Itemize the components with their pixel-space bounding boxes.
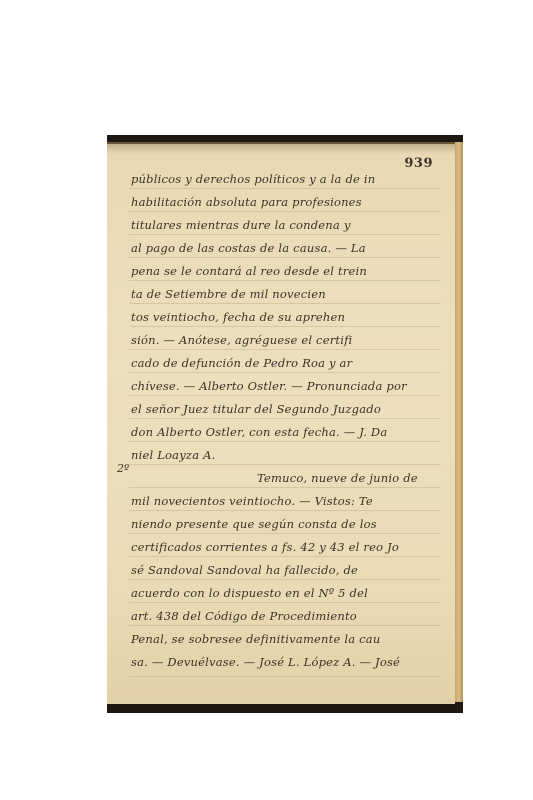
ruled-line [129,211,441,212]
ruled-line [129,280,441,281]
text-line: sa. — Devuélvase. — José L. López A. — J… [131,655,437,669]
paragraph-marker: 2º [117,462,129,475]
page-top-shadow [107,144,455,154]
text-line: Penal, se sobresee definitivamente la ca… [131,632,437,646]
book-page-edge [455,142,463,702]
ruled-line [129,487,441,488]
ruled-line [129,556,441,557]
text-line: Temuco, nueve de junio de [257,471,437,485]
ruled-line [129,418,441,419]
ruled-line [129,579,441,580]
ledger-page: 939 públicos y derechos políticos y a la… [107,142,455,704]
page-number: 939 [404,156,433,171]
text-line: tos veintiocho, fecha de su aprehen [131,310,437,324]
ruled-line [129,303,441,304]
text-line: cado de defunción de Pedro Roa y ar [131,356,437,370]
text-line: públicos y derechos políticos y a la de … [131,172,437,186]
text-line: certificados corrientes a fs. 42 y 43 el… [131,540,437,554]
text-line: niel Loayza A. [131,448,437,462]
text-line: chívese. — Alberto Ostler. — Pronunciada… [131,379,437,393]
ruled-line [129,510,441,511]
ruled-line [129,349,441,350]
ruled-line [129,257,441,258]
text-line: acuerdo con lo dispuesto en el Nº 5 del [131,586,437,600]
ruled-line [129,533,441,534]
ruled-line [129,625,441,626]
ruled-line [129,395,441,396]
ruled-line [129,464,441,465]
ruled-line [129,188,441,189]
text-line: mil novecientos veintiocho. — Vistos: Te [131,494,437,508]
text-line: habilitación absoluta para profesiones [131,195,437,209]
ruled-line [129,234,441,235]
text-line: niendo presente que según consta de los [131,517,437,531]
text-line: ta de Setiembre de mil novecien [131,287,437,301]
text-line: art. 438 del Código de Procedimiento [131,609,437,623]
ruled-line [129,441,441,442]
text-line: pena se le contará al reo desde el trein [131,264,437,278]
text-line: don Alberto Ostler, con esta fecha. — J.… [131,425,437,439]
ruled-line [129,326,441,327]
ruled-line [129,602,441,603]
text-line: sé Sandoval Sandoval ha fallecido, de [131,563,437,577]
text-line: el señor Juez titular del Segundo Juzgad… [131,402,437,416]
text-line: sión. — Anótese, agréguese el certifi [131,333,437,347]
text-line: al pago de las costas de la causa. — La [131,241,437,255]
text-line: titulares mientras dure la condena y [131,218,437,232]
ruled-line [129,676,441,677]
ruled-line [129,372,441,373]
